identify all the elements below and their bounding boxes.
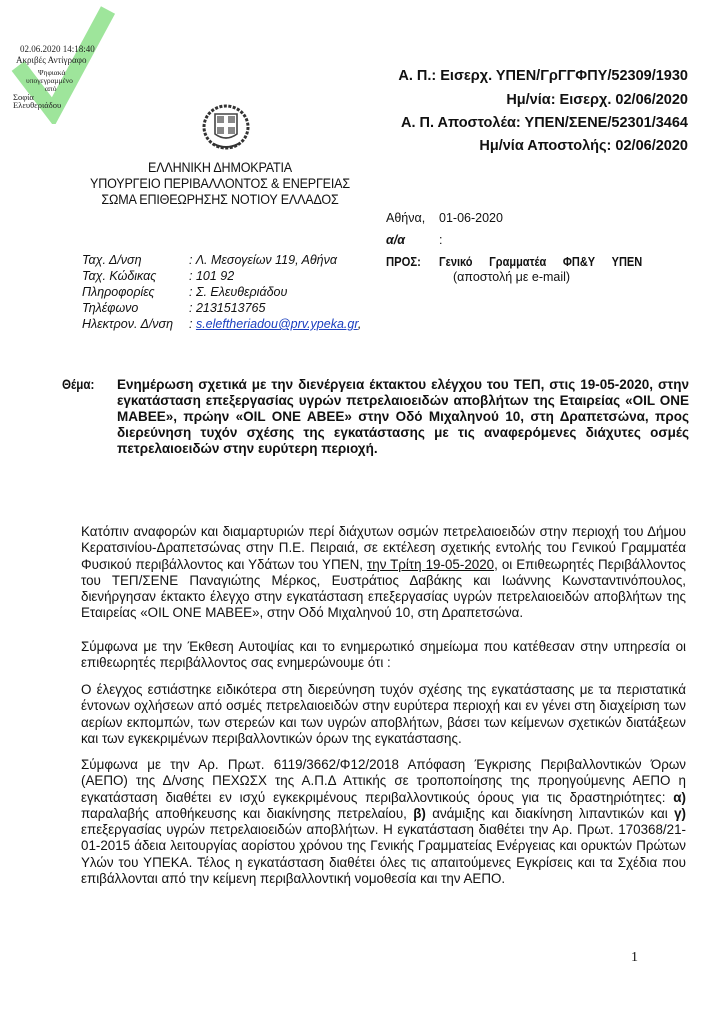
recipient-delivery-note: (αποστολή με e-mail) [453,270,570,284]
paragraph-2: Σύμφωνα με την Έκθεση Αυτοψίας και το εν… [81,639,686,672]
header-inspectorate: ΣΩΜΑ ΕΠΙΘΕΩΡΗΣΗΣ ΝΟΤΙΟΥ ΕΛΛΑΔΟΣ [71,192,369,207]
email-suffix: , [358,317,361,331]
contact-postcode-value: : 101 92 [189,269,234,283]
sender-protocol-date: Ημ/νία Αποστολής: 02/06/2020 [479,138,688,154]
item-beta: β) [413,806,426,821]
contact-postcode-label: Ταχ. Κώδικας [82,269,156,283]
header-republic: ΕΛΛΗΝΙΚΗ ΔΗΜΟΚΡΑΤΙΑ [71,160,369,175]
paragraph-4-part-d: επεξεργασίας υγρών πετρελαιοειδών αποβλή… [81,822,686,886]
item-alpha: α) [673,790,686,805]
stamp-signer-last: Ελευθεριάδου [13,101,61,110]
document-date: 01-06-2020 [439,211,503,225]
contact-info-person-label: Πληροφορίες [82,285,155,299]
contact-email-label: Ηλεκτρον. Δ/νση [82,317,173,331]
contact-email-value: : s.eleftheriadou@prv.ypeka.gr, [189,317,361,331]
recipient-label: ΠΡΟΣ: [386,255,421,269]
paragraph-4-part-c: ανάμιξης και διακίνηση λιπαντικών και [426,806,674,821]
paragraph-4: Σύμφωνα με την Αρ. Πρωτ. 6119/3662/Φ12/2… [81,757,686,887]
sender-protocol-number: Α. Π. Αποστολέα: ΥΠΕΝ/ΣΕΝΕ/52301/3464 [401,115,688,131]
recipient-name: Γενικό Γραμματέα ΦΠ&Υ ΥΠΕΝ [439,255,642,269]
inspection-date-underlined: την Τρίτη 19-05-2020, [367,557,498,572]
incoming-protocol-number: Α. Π.: Εισερχ. ΥΠΕΝ/ΓρΓΓΦΠΥ/52309/1930 [398,68,688,84]
contact-info-person-value: : Σ. Ελευθεριάδου [189,285,287,299]
contact-phone-value: : 2131513765 [189,301,265,315]
subject-text: Ενημέρωση σχετικά με την διενέργεια έκτα… [117,377,689,457]
paragraph-4-part-b: παραλαβής αποθήκευσης και διακίνησης πετ… [81,806,413,821]
stamp-datetime: 02.06.2020 14:18:40 [20,45,95,54]
digital-signature-stamp: 02.06.2020 14:18:40 Ακριβές Αντίγραφο Ψη… [8,4,118,124]
contact-address-label: Ταχ. Δ/νση [82,253,142,267]
email-prefix: : [189,317,196,331]
item-gamma: γ) [674,806,686,821]
paragraph-3: Ο έλεγχος εστιάστηκε ειδικότερα στη διερ… [81,682,686,747]
header-ministry: ΥΠΟΥΡΓΕΙΟ ΠΕΡΙΒΑΛΛΟΝΤΟΣ & ΕΝΕΡΓΕΙΑΣ [71,176,369,191]
incoming-protocol-date: Ημ/νία: Εισερχ. 02/06/2020 [506,92,688,108]
email-link[interactable]: s.eleftheriadou@prv.ypeka.gr [196,317,358,331]
paragraph-1: Κατόπιν αναφορών και διαμαρτυριών περί δ… [81,524,686,622]
stamp-signed-line3: από [45,84,56,93]
stamp-copy-label: Ακριβές Αντίγραφο [16,56,86,65]
greek-coat-of-arms-icon [200,100,252,152]
aa-label: α/α [386,233,405,247]
page-number: 1 [631,950,638,966]
contact-address-value: : Λ. Μεσογείων 119, Αθήνα [189,253,337,267]
subject-label: Θέμα: [62,377,94,392]
subject-body: Ενημέρωση σχετικά με την διενέργεια έκτα… [117,377,689,457]
aa-value: : [439,233,442,247]
paragraph-4-part-a: Σύμφωνα με την Αρ. Πρωτ. 6119/3662/Φ12/2… [81,757,686,805]
contact-phone-label: Τηλέφωνο [82,301,138,315]
place-label: Αθήνα, [386,211,425,225]
